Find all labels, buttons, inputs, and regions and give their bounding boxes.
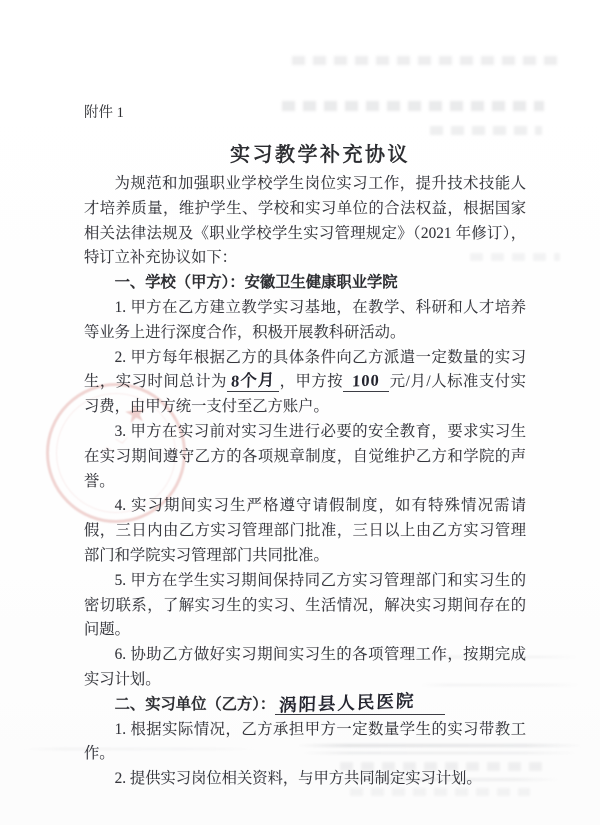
clause-a2-text2: ，甲方按 — [279, 373, 343, 390]
scan-artifact-bleedthrough — [292, 56, 560, 65]
party-b-heading-label: 二、实习单位（乙方）： — [115, 696, 276, 713]
handwritten-duration: 8个月 — [231, 372, 276, 392]
handwritten-fee: 100 — [352, 372, 380, 391]
scan-artifact-bleedthrough — [430, 126, 542, 135]
party-a-heading: 一、学校（甲方）：安徽卫生健康职业学院 — [84, 271, 526, 296]
clause-a1: 1. 甲方在乙方建立教学实习基地，在教学、科研和人才培养等业务上进行深度合作，积… — [84, 296, 526, 346]
clause-a5: 5. 甲方在学生实习期间保持同乙方实习管理部门和实习生的密切联系，了解实习生的实… — [84, 569, 526, 643]
document-title: 实习教学补充协议 — [0, 138, 600, 167]
handwritten-unit-name: 涡阳县人民医院 — [279, 691, 416, 714]
unit-name-fill-field: 涡阳县人民医院 — [275, 694, 445, 715]
fee-fill-field: 100 — [343, 372, 389, 392]
intro-paragraph: 为规范和加强职业学校学生岗位实习工作，提升技术技能人才培养质量，维护学生、学校和… — [84, 172, 526, 271]
attachment-label: 附件 1 — [84, 101, 124, 122]
scanned-document-page: 附件 1 实习教学补充协议 为规范和加强职业学校学生岗位实习工作，提升技术技能人… — [0, 0, 600, 825]
party-b-heading: 二、实习单位（乙方）：涡阳县人民医院 — [84, 693, 526, 718]
clause-a2: 2. 甲方每年根据乙方的具体条件向乙方派遣一定数量的实习生，实习时间总计为8个月… — [84, 346, 526, 420]
document-body: 为规范和加强职业学校学生岗位实习工作，提升技术技能人才培养质量，维护学生、学校和… — [84, 172, 526, 792]
duration-fill-field: 8个月 — [227, 372, 279, 392]
clause-b2: 2. 提供实习岗位相关资料，与甲方共同制定实习计划。 — [84, 767, 526, 792]
clause-a3: 3. 甲方在实习前对实习生进行必要的安全教育，要求实习生在实习期间遵守乙方的各项… — [84, 420, 526, 494]
clause-a4: 4. 实习期间实习生严格遵守请假制度，如有特殊情况需请假，三日内由乙方实习管理部… — [84, 494, 526, 568]
clause-b1: 1. 根据实际情况，乙方承担甲方一定数量学生的实习带教工作。 — [84, 718, 526, 768]
clause-a6: 6. 协助乙方做好实习期间实习生的各项管理工作，按期完成实习计划。 — [84, 643, 526, 693]
scan-artifact-bleedthrough — [282, 101, 544, 111]
